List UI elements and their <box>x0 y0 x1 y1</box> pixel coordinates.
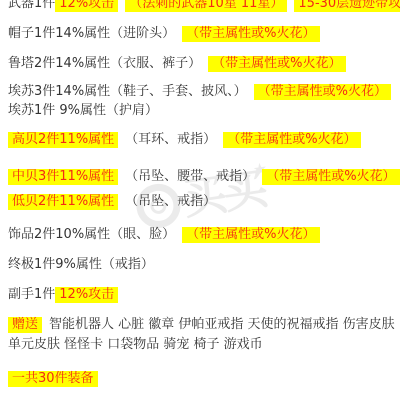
equipment-line: 一共30件装备 <box>8 371 98 387</box>
highlight-text: 高贝2件11%属性 <box>8 132 118 148</box>
equipment-line: 高贝2件11%属性（耳环、戒指）（带主属性或%火花） <box>8 132 361 148</box>
highlight-text: 一共30件装备 <box>8 371 98 387</box>
equipment-line: 武器1件12%攻击（法刺的武器10星 11星）15-30层遗迹带攻击火花 <box>8 0 400 12</box>
highlight-text: （带主属性或%火花） <box>182 227 319 243</box>
equipment-line: 单元皮肤 怪怪卡 口袋物品 骑宠 椅子 游戏币 <box>8 337 263 353</box>
equipment-list: 武器1件12%攻击（法刺的武器10星 11星）15-30层遗迹带攻击火花帽子1件… <box>0 0 400 400</box>
highlight-text: （带主属性或%火花） <box>182 26 319 42</box>
plain-text: 智能机器人 心脏 徽章 伊帕亚戒指 天使的祝福戒指 伤害皮肤 <box>49 317 395 333</box>
plain-text: 武器1件 <box>8 0 55 12</box>
plain-text: 鲁塔2件14%属性（衣服、裤子） <box>8 56 201 72</box>
equipment-line: 埃苏3件14%属性（鞋子、手套、披风、）（带主属性或%火花） <box>8 84 391 100</box>
plain-text: 埃苏1件 9%属性（护肩） <box>8 103 158 119</box>
highlight-text: 15-30层遗迹带攻击火花 <box>294 0 400 12</box>
equipment-line: 副手1件12%攻击 <box>8 287 118 303</box>
highlight-text: 中贝3件11%属性 <box>8 169 118 185</box>
highlight-text: （法刺的武器10星 11星） <box>125 0 287 12</box>
equipment-line: 终极1件9%属性（戒指） <box>8 257 154 273</box>
plain-text: 帽子1件14%属性（进阶头） <box>8 26 175 42</box>
highlight-text: （带主属性或%火花） <box>208 56 345 72</box>
plain-text: 单元皮肤 怪怪卡 口袋物品 骑宠 椅子 游戏币 <box>8 337 263 353</box>
equipment-line: 埃苏1件 9%属性（护肩） <box>8 103 158 119</box>
equipment-line: 帽子1件14%属性（进阶头）（带主属性或%火花） <box>8 26 320 42</box>
highlight-text: （带主属性或%火花） <box>223 132 360 148</box>
equipment-listing-page: 买买 ★ 武器1件12%攻击（法刺的武器10星 11星）15-30层遗迹带攻击火… <box>0 0 400 400</box>
plain-text: （耳环、戒指） <box>125 132 216 148</box>
equipment-line: 鲁塔2件14%属性（衣服、裤子）（带主属性或%火花） <box>8 56 346 72</box>
plain-text: 埃苏3件14%属性（鞋子、手套、披风、） <box>8 84 247 100</box>
highlight-text: 低贝2件11%属性 <box>8 194 118 210</box>
highlight-text: 12%攻击 <box>55 0 118 12</box>
plain-text: 饰品2件10%属性（眼、脸） <box>8 227 175 243</box>
highlight-text: （带主属性或%火花） <box>262 169 399 185</box>
equipment-line: 饰品2件10%属性（眼、脸）（带主属性或%火花） <box>8 227 320 243</box>
highlight-text: （带主属性或%火花） <box>254 84 391 100</box>
plain-text: （吊坠、戒指） <box>125 194 216 210</box>
plain-text: 终极1件9%属性（戒指） <box>8 257 154 273</box>
equipment-line: 低贝2件11%属性（吊坠、戒指） <box>8 194 216 210</box>
highlight-text: 赠送 <box>8 317 42 333</box>
plain-text: （吊坠、腰带、戒指） <box>125 169 255 185</box>
highlight-text: 12%攻击 <box>55 287 118 303</box>
equipment-line: 中贝3件11%属性（吊坠、腰带、戒指）（带主属性或%火花） <box>8 169 400 185</box>
equipment-line: 赠送智能机器人 心脏 徽章 伊帕亚戒指 天使的祝福戒指 伤害皮肤 <box>8 317 395 333</box>
plain-text: 副手1件 <box>8 287 55 303</box>
